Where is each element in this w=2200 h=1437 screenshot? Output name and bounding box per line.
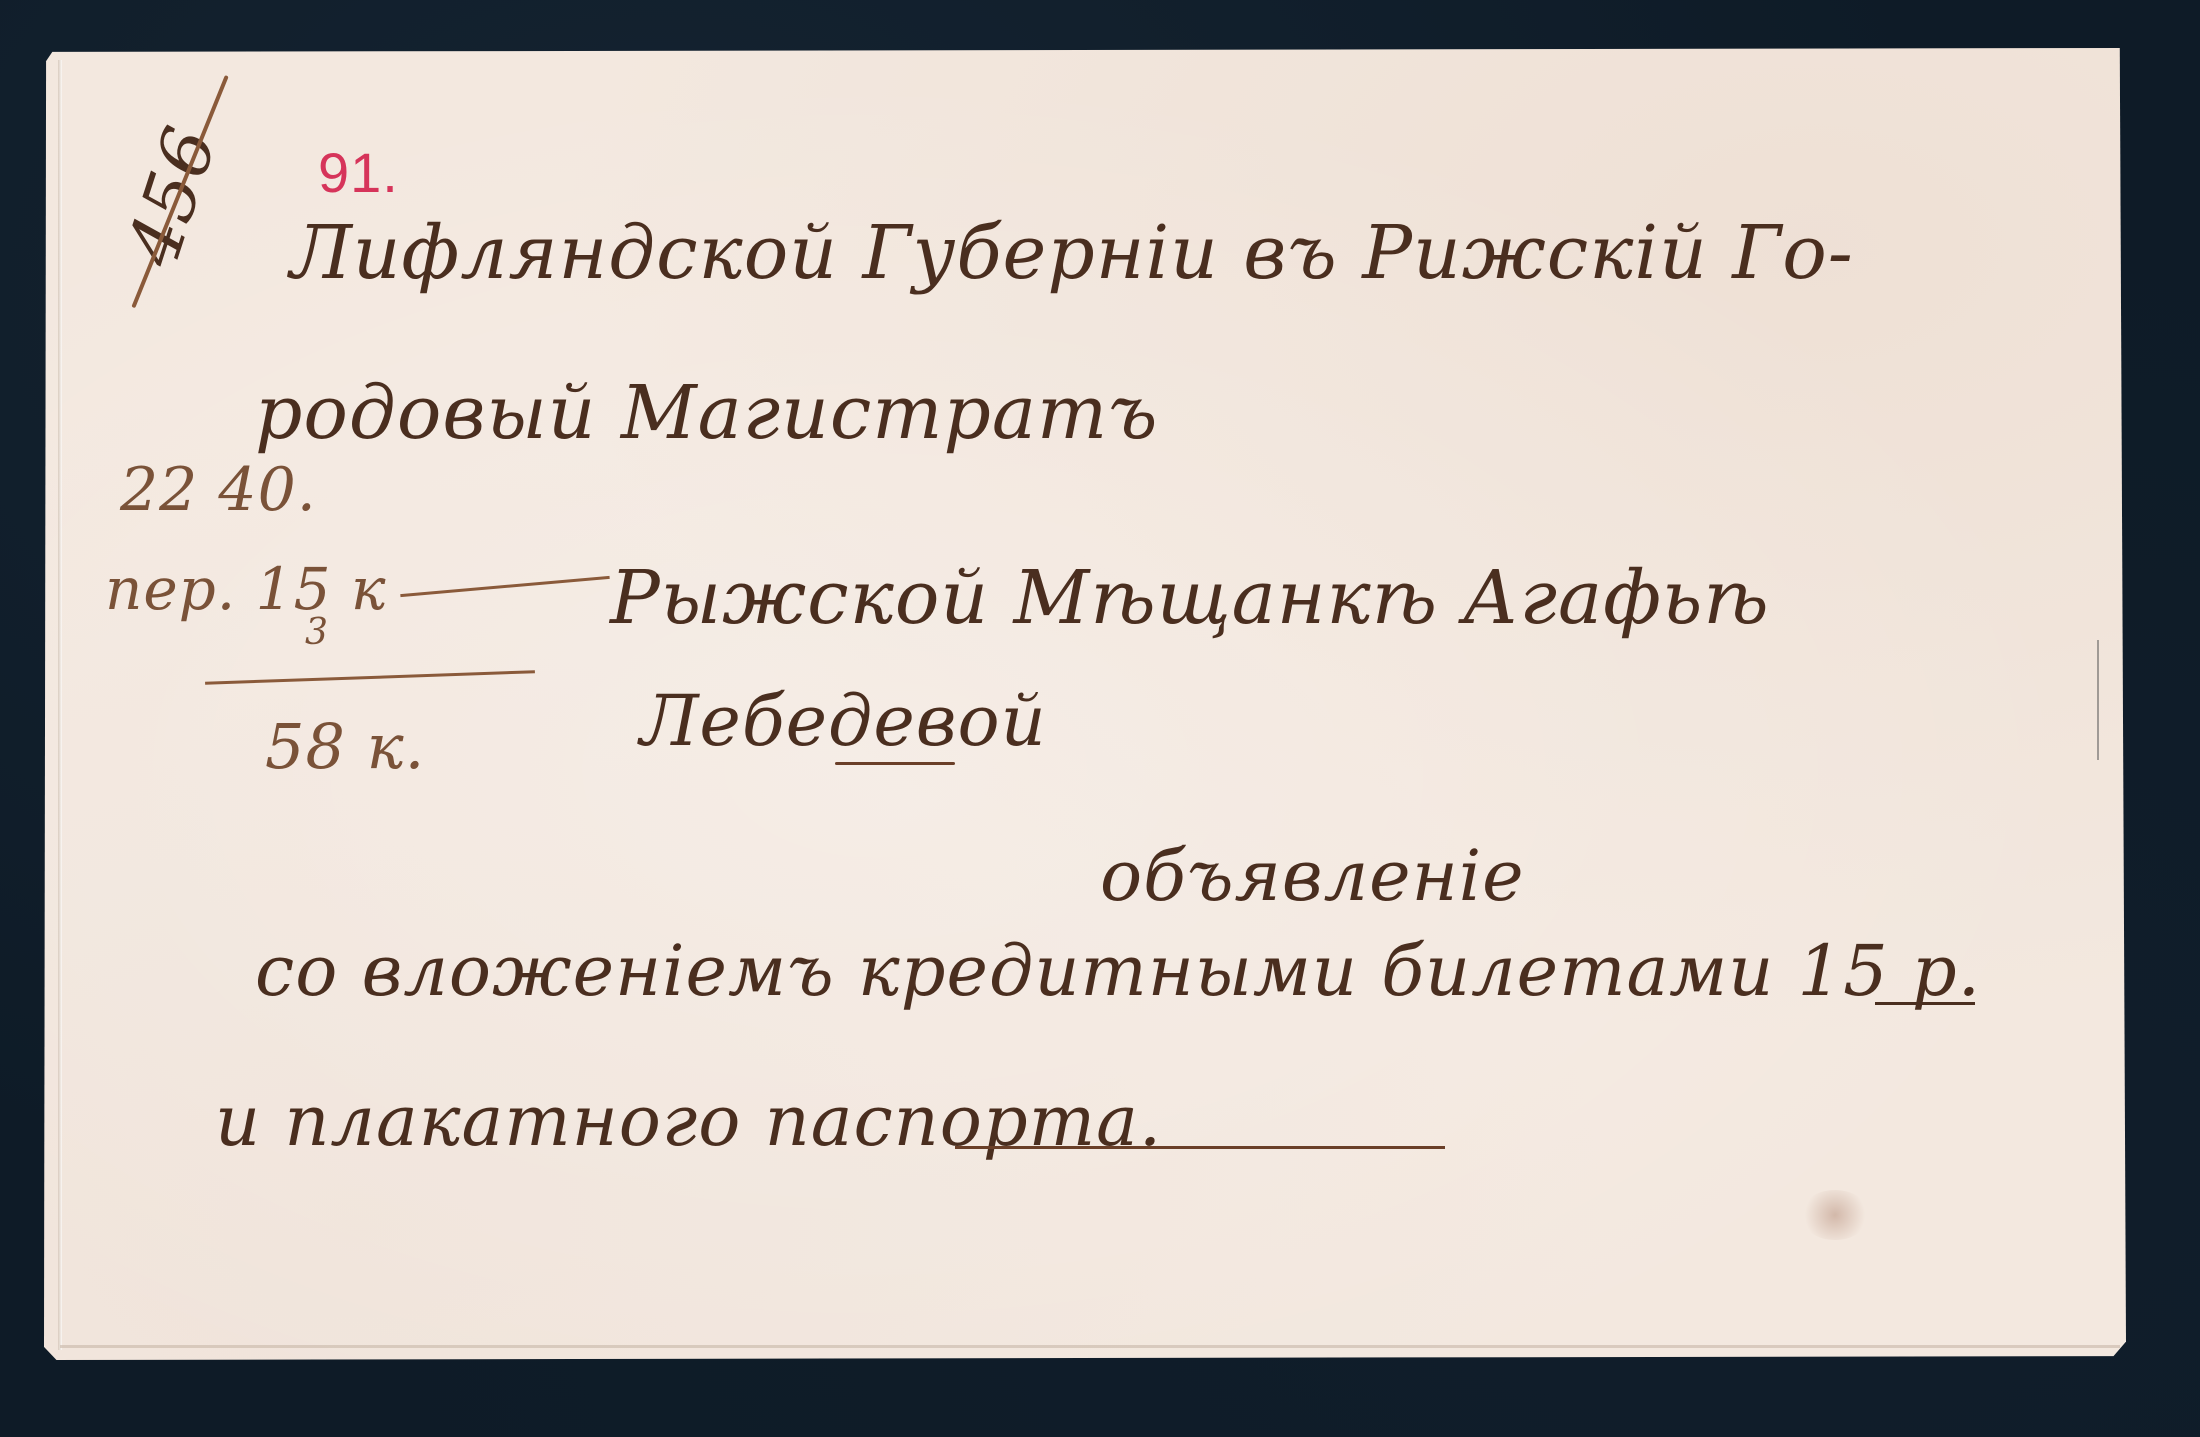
amount-underline [1875,1002,1975,1005]
contents-line-3: и плакатного паспорта. [215,1080,1162,1162]
passport-underline [955,1146,1445,1149]
recipient-flourish [835,762,955,765]
address-line-2: родовый Магистратъ [255,370,1158,456]
foxing-stain [1800,1190,1870,1240]
red-registry-number: 91. [318,140,399,205]
left-fold-crease [58,60,62,1350]
contents-line-2: со вложеніемъ кредитными билетами 15 р. [255,930,1981,1012]
postage-rate-line-3: 3 [305,612,329,653]
postage-rate-line-1: 22 40. [120,455,317,525]
postage-total: 58 к. [265,710,425,783]
recipient-line-2: Лебедевой [640,680,1047,762]
recipient-line-1: Рыжской Мѣщанкѣ Агафьѣ [610,555,1770,641]
pencil-mark [2097,640,2099,760]
contents-heading: объявленіе [1100,835,1525,917]
postage-rate-line-2: пер. 15 к [105,555,387,623]
bottom-fold-crease [60,1345,2120,1348]
address-line-1: Лифляндской Губерніи въ Рижскій Го- [290,210,1854,296]
